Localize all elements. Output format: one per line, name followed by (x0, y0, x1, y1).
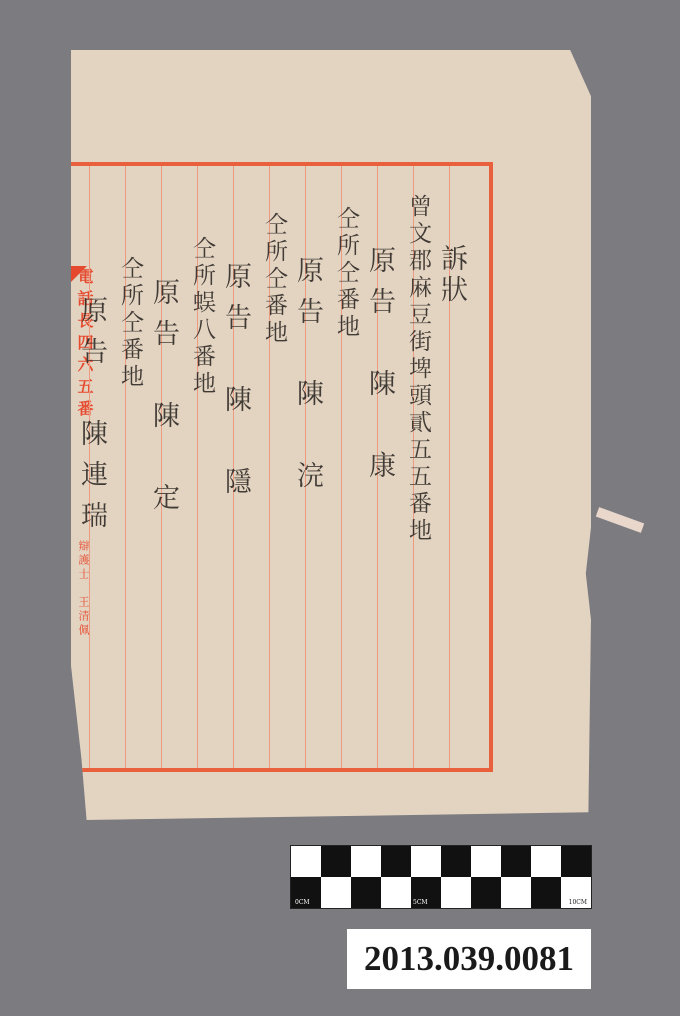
scale-label-10: 10CM (569, 899, 587, 906)
handwritten-address: 仝所仝番地 (255, 166, 291, 768)
handwritten-address: 仝所仝番地 (327, 166, 363, 768)
red-ruled-frame: 訴狀 曾文郡麻豆街埤頭貳五五番地 原告 陳 康 仝所仝番地 原告 陳 浣 仝所仝… (71, 162, 493, 772)
plaintiff-name: 原告 陳 康 (363, 166, 399, 768)
handwritten-address: 曾文郡麻豆街埤頭貳五五番地 (399, 166, 435, 768)
handwritten-title: 訴狀 (435, 166, 471, 768)
scale-bar: 0CM 5CM 10CM (290, 845, 592, 909)
red-tear-mark (607, 422, 611, 552)
document-paper: 電話長四六五番 辯護士 王清佩 訴狀 曾文郡麻豆街埤頭貳五五番地 原告 陳 康 … (71, 50, 591, 820)
scale-label-0: 0CM (295, 899, 310, 906)
handwritten-address: 仝所仝番地 (111, 166, 147, 768)
plaintiff-name: 原告 陳 定 (147, 166, 183, 768)
handwritten-columns: 訴狀 曾文郡麻豆街埤頭貳五五番地 原告 陳 康 仝所仝番地 原告 陳 浣 仝所仝… (71, 166, 489, 768)
paper-tab (596, 507, 645, 533)
handwritten-address: 仝所蜈八番地 (183, 166, 219, 768)
plaintiff-name: 原告 陳 隱 (219, 166, 255, 768)
plaintiff-name: 原告 陳 浣 (291, 166, 327, 768)
scale-label-5: 5CM (413, 899, 428, 906)
plaintiff-name: 原告 陳連瑞 (75, 166, 111, 768)
accession-number: 2013.039.0081 (347, 929, 591, 989)
